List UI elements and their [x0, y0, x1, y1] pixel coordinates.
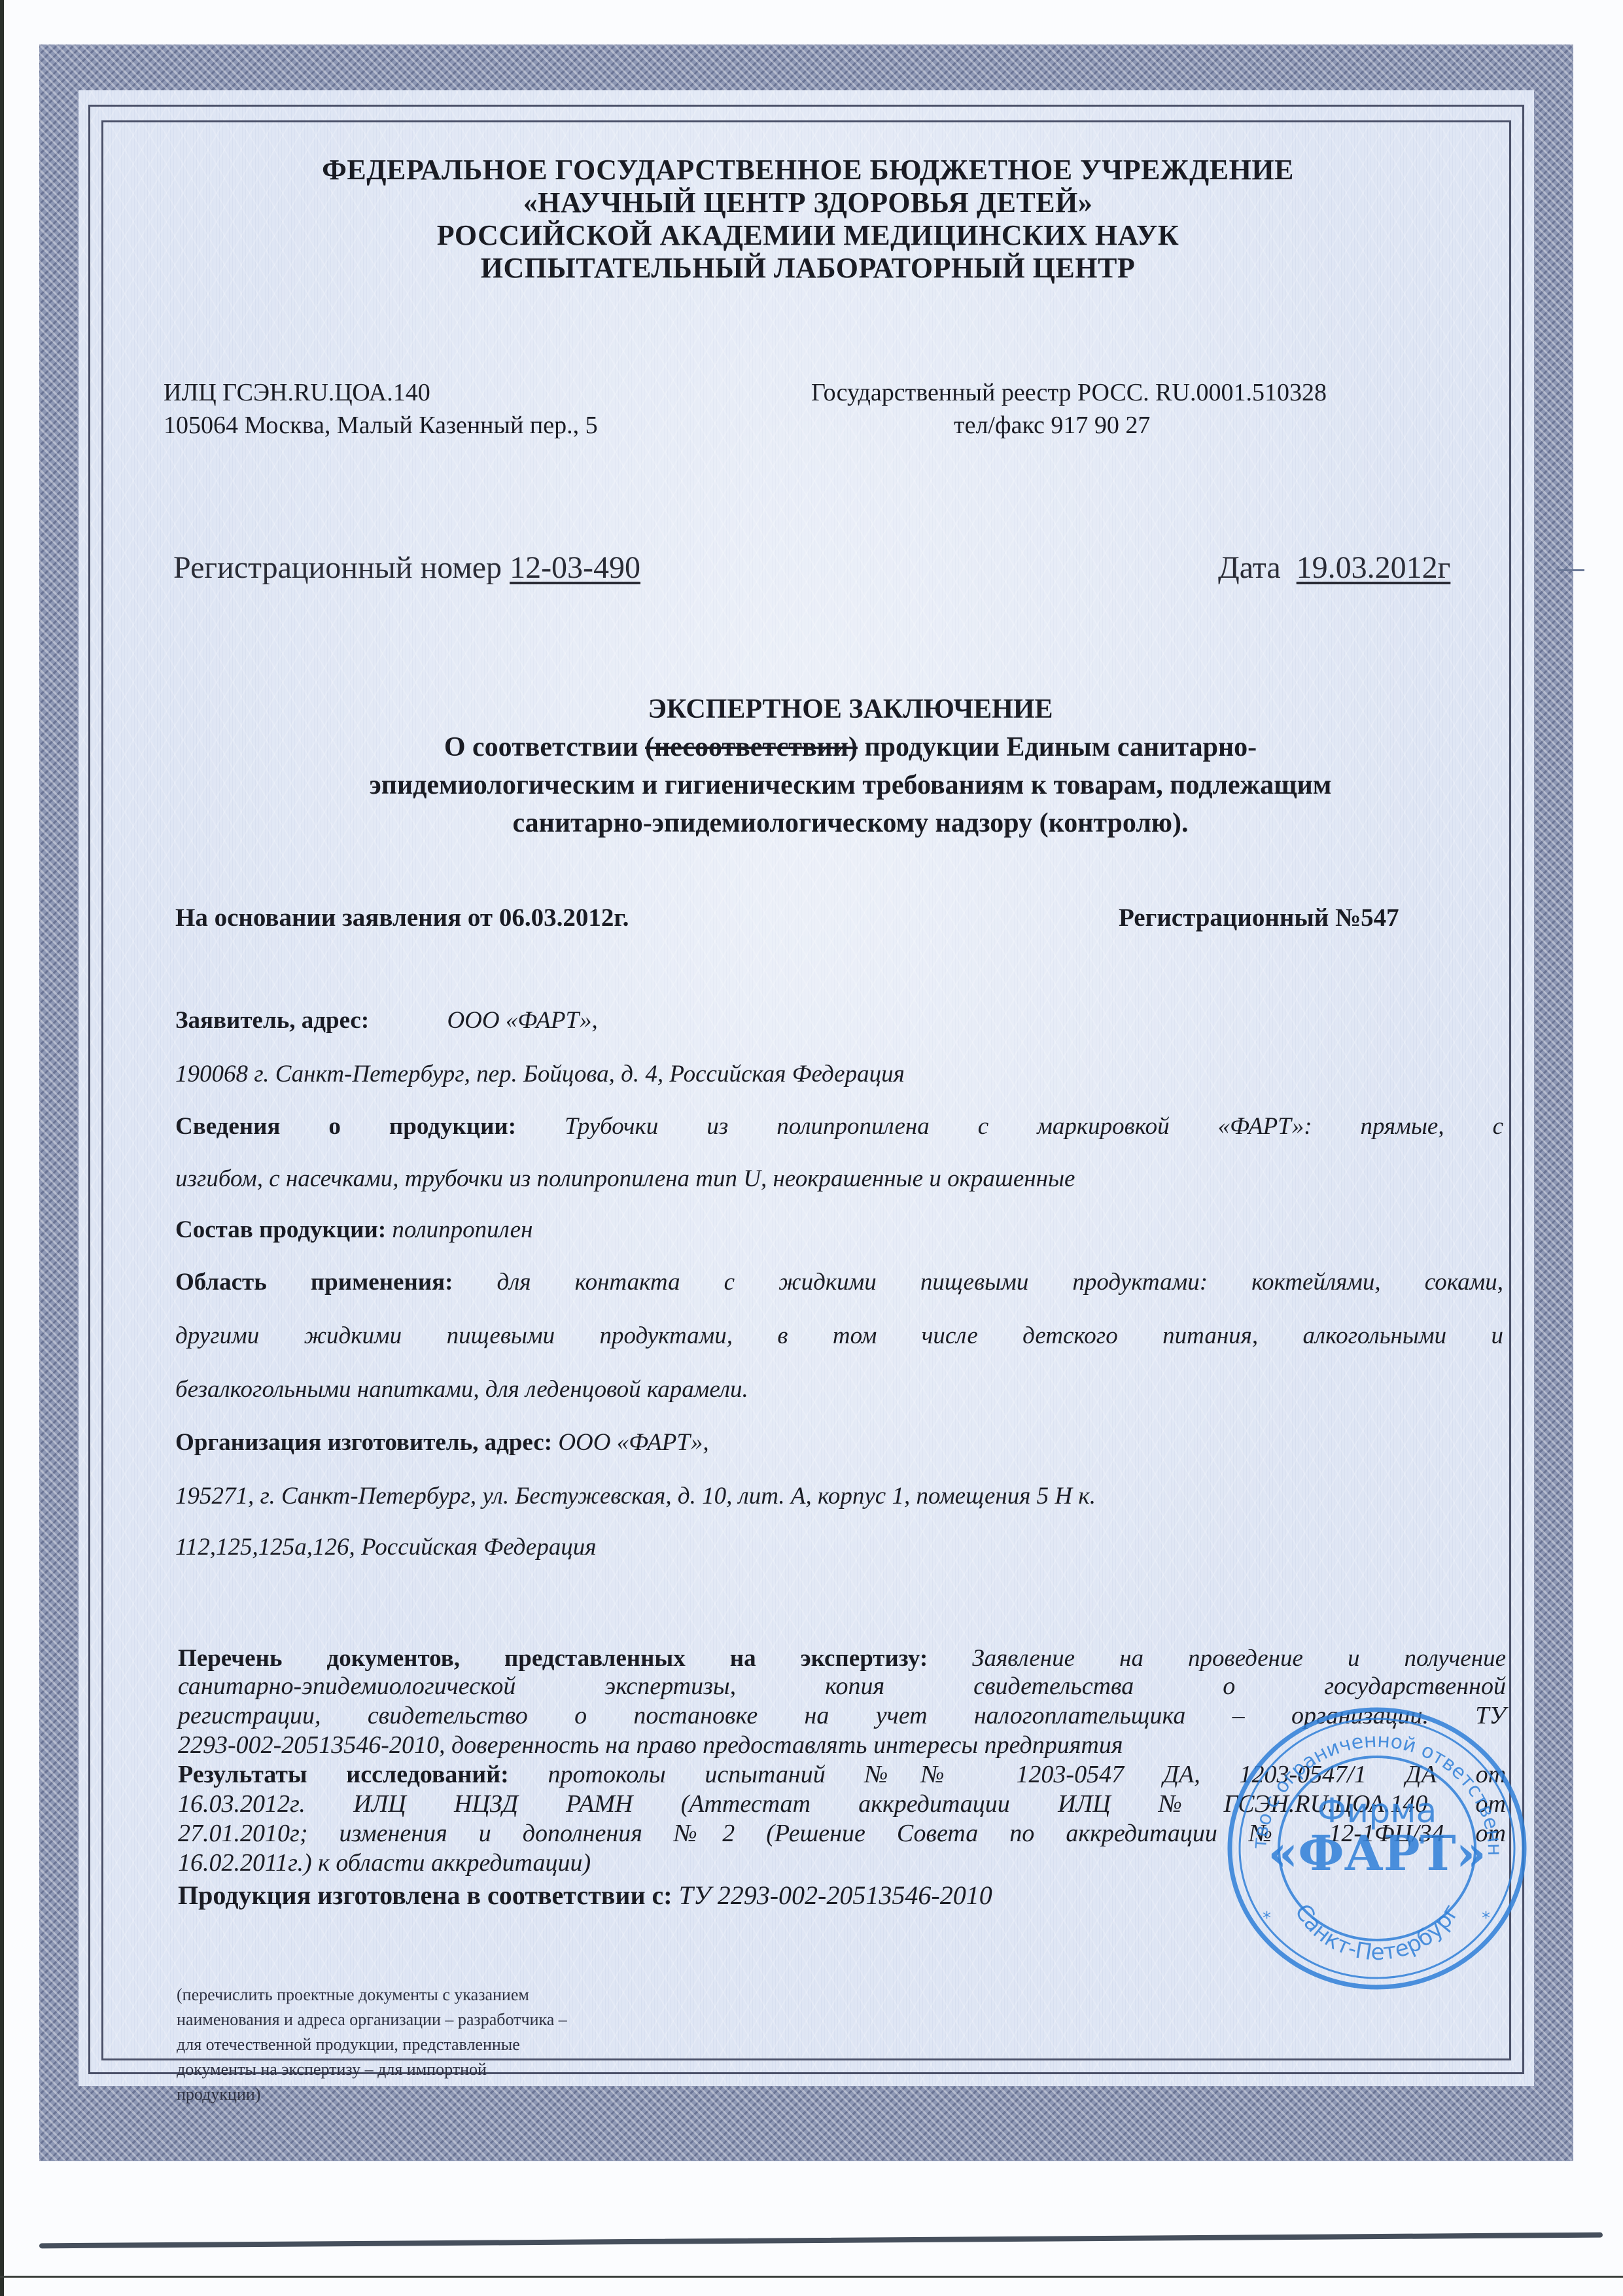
header-line: РОССИЙСКОЙ АКАДЕМИИ МЕДИЦИНСКИХ НАУК	[105, 219, 1511, 252]
conformity-value: ТУ 2293-002-20513546-2010	[679, 1881, 992, 1910]
composition-field: Состав продукции: полипропилен	[175, 1217, 1503, 1243]
scan-edge-shadow	[0, 0, 4, 2296]
manufacturer-field: Организация изготовитель, адрес: ООО «ФА…	[175, 1430, 1503, 1456]
note-line: продукции)	[177, 2082, 567, 2107]
lab-registry: Государственный реестр РОСС. RU.0001.510…	[811, 378, 1327, 407]
application-area-line3: безалкогольными напитками, для леденцово…	[175, 1375, 748, 1404]
struck-text: (несоответствии)	[645, 732, 858, 762]
note-line: (перечислить проектные документы с указа…	[177, 1983, 567, 2007]
product-info-line1: Трубочки из полипропилена с маркировкой …	[565, 1113, 1503, 1140]
manufacturer-address-line2: 112,125,125а,126, Российская Федерация	[175, 1533, 596, 1561]
institution-header: ФЕДЕРАЛЬНОЕ ГОСУДАРСТВЕННОЕ БЮДЖЕТНОЕ УЧ…	[105, 154, 1511, 285]
note-line: наименования и адреса организации – разр…	[177, 2007, 567, 2032]
conclusion-title-block: ЭКСПЕРТНОЕ ЗАКЛЮЧЕНИЕ О соответствии (не…	[196, 690, 1505, 842]
lab-address: 105064 Москва, Малый Казенный пер., 5	[164, 411, 598, 440]
scan-artifact-line	[39, 2233, 1603, 2249]
documents-first-line: Перечень документов, представленных на э…	[178, 1646, 1506, 1672]
page-edge	[0, 2276, 1623, 2278]
stamp-inner-top: Фирма	[1318, 1792, 1437, 1831]
pen-mark	[1558, 569, 1584, 571]
date-value: 19.03.2012г	[1297, 550, 1451, 585]
applicant-field: Заявитель, адрес: ООО «ФАРТ»,	[175, 1008, 1503, 1034]
application-area-label: Область применения:	[175, 1269, 453, 1296]
conclusion-line: О соответствии (несоответствии) продукци…	[196, 728, 1505, 766]
conclusion-line: санитарно-эпидемиологическому надзору (к…	[196, 804, 1505, 842]
applicant-name: ООО «ФАРТ»,	[447, 1007, 597, 1034]
document-title: ЭКСПЕРТНОЕ ЗАКЛЮЧЕНИЕ	[196, 690, 1505, 728]
application-registration: Регистрационный №547	[1119, 903, 1399, 932]
svg-text:Санкт-Петербург: Санкт-Петербург	[1289, 1899, 1465, 1966]
note-line: документы на экспертизу – для импортной	[177, 2057, 567, 2082]
applicant-label: Заявитель, адрес:	[175, 1007, 369, 1034]
manufacturer-address-line1: 195271, г. Санкт-Петербург, ул. Бестужев…	[175, 1482, 1096, 1510]
applicant-address: 190068 г. Санкт-Петербург, пер. Бойцова,…	[175, 1060, 905, 1088]
svg-text:*: *	[1482, 1909, 1490, 1928]
results-label: Результаты исследований:	[178, 1761, 509, 1788]
documents-label: Перечень документов, представленных на э…	[178, 1645, 928, 1672]
stamp-inner-main: «ФАРТ»	[1268, 1826, 1486, 1882]
header-line: ФЕДЕРАЛЬНОЕ ГОСУДАРСТВЕННОЕ БЮДЖЕТНОЕ УЧ…	[105, 154, 1511, 186]
composition-label: Состав продукции:	[175, 1216, 386, 1243]
date-label: Дата	[1218, 550, 1281, 585]
documents-line2: санитарно-эпидемиологической экспертизы,…	[178, 1672, 1506, 1701]
conformity-label: Продукция изготовлена в соответствии с:	[178, 1881, 672, 1910]
product-info-label: Сведения о продукции:	[175, 1113, 516, 1140]
conclusion-suffix: продукции Единым санитарно-	[864, 732, 1257, 762]
instruction-note: (перечислить проектные документы с указа…	[177, 1983, 567, 2107]
application-area-field: Область применения: для контакта с жидки…	[175, 1269, 1503, 1296]
svg-text:*: *	[1263, 1909, 1271, 1928]
date-row: Дата 19.03.2012г	[1218, 550, 1450, 586]
application-basis: На основании заявления от 06.03.2012г.	[175, 903, 629, 932]
documents-line1: Заявление на проведение и получение	[972, 1645, 1506, 1672]
header-line: ИСПЫТАТЕЛЬНЫЙ ЛАБОРАТОРНЫЙ ЦЕНТР	[105, 252, 1511, 285]
application-area-line1: для контакта с жидкими пищевыми продукта…	[497, 1269, 1503, 1296]
registration-number: 12-03-490	[510, 550, 640, 585]
conclusion-line: эпидемиологическим и гигиеническим требо…	[196, 766, 1505, 804]
header-line: «НАУЧНЫЙ ЦЕНТР ЗДОРОВЬЯ ДЕТЕЙ»	[105, 186, 1511, 219]
manufacturer-label: Организация изготовитель, адрес:	[175, 1429, 552, 1456]
conclusion-prefix: О соответствии	[444, 732, 638, 762]
lab-phone: тел/факс 917 90 27	[954, 411, 1150, 440]
registration-number-label: Регистрационный номер	[173, 550, 502, 585]
company-seal-stamp: Общество с ограниченной ответственностью…	[1217, 1701, 1537, 1996]
stamp-bottom-text: Санкт-Петербург	[1289, 1899, 1465, 1966]
product-info-field: Сведения о продукции: Трубочки из полипр…	[175, 1114, 1503, 1140]
composition-value: полипропилен	[392, 1216, 532, 1243]
note-line: для отечественной продукции, представлен…	[177, 2032, 567, 2057]
manufacturer-name: ООО «ФАРТ»,	[558, 1429, 708, 1456]
lab-code: ИЛЦ ГСЭН.RU.ЦОА.140	[164, 378, 430, 407]
registration-number-row: Регистрационный номер 12-03-490	[173, 550, 640, 586]
product-info-line2: изгибом, с насечками, трубочки из полипр…	[175, 1165, 1075, 1193]
application-area-line2: другими жидкими пищевыми продуктами, в т…	[175, 1323, 1503, 1349]
